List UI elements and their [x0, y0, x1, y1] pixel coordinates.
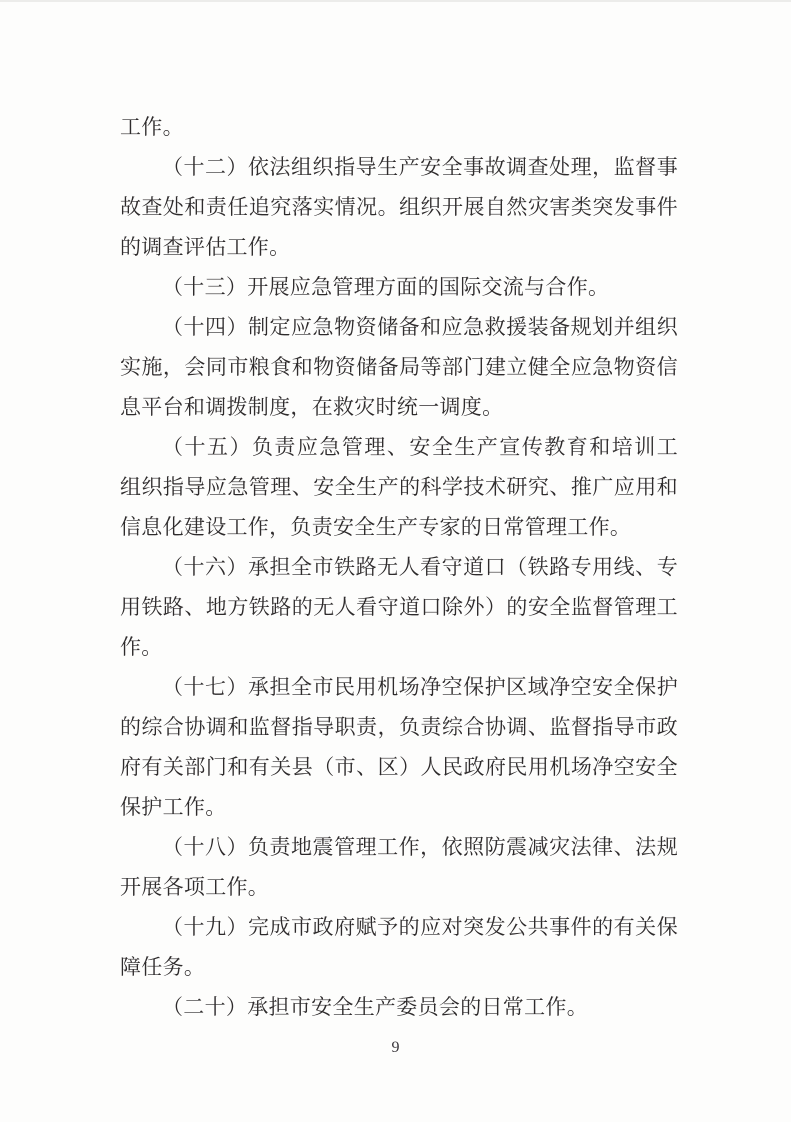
paragraph: 工作。: [120, 107, 678, 147]
text-line: （十九）完成市政府赋予的应对突发公共事件的有关保: [120, 907, 678, 947]
text-line: 组织指导应急管理、安全生产的科学技术研究、推广应用和: [120, 467, 678, 507]
text-line: 工作。: [120, 107, 678, 147]
paragraph: （十二）依法组织指导生产安全事故调查处理，监督事故查处和责任追究落实情况。组织开…: [120, 147, 678, 267]
scan-edge: [0, 0, 791, 2]
paragraph: （十四）制定应急物资储备和应急救援装备规划并组织实施，会同市粮食和物资储备局等部…: [120, 307, 678, 427]
paragraph: （十六）承担全市铁路无人看守道口（铁路专用线、专用铁路、地方铁路的无人看守道口除…: [120, 547, 678, 667]
text-line: 信息化建设工作，负责安全生产专家的日常管理工作。: [120, 507, 678, 547]
text-line: 作。: [120, 627, 678, 667]
text-line: （十七）承担全市民用机场净空保护区域净空安全保护: [120, 667, 678, 707]
text-line: （十六）承担全市铁路无人看守道口（铁路专用线、专: [120, 547, 678, 587]
paragraph: （十五）负责应急管理、安全生产宣传教育和培训工作，组织指导应急管理、安全生产的科…: [120, 427, 678, 547]
paragraph: （十三）开展应急管理方面的国际交流与合作。: [120, 267, 678, 307]
text-line: （十五）负责应急管理、安全生产宣传教育和培训工作，: [120, 427, 678, 467]
paragraph: （十八）负责地震管理工作，依照防震减灾法律、法规开展各项工作。: [120, 827, 678, 907]
text-line: （十三）开展应急管理方面的国际交流与合作。: [120, 267, 678, 307]
text-line: 障任务。: [120, 947, 678, 987]
text-line: 用铁路、地方铁路的无人看守道口除外）的安全监督管理工: [120, 587, 678, 627]
text-line: （十四）制定应急物资储备和应急救援装备规划并组织: [120, 307, 678, 347]
text-line: 的调查评估工作。: [120, 227, 678, 267]
text-line: （十二）依法组织指导生产安全事故调查处理，监督事: [120, 147, 678, 187]
text-line: 的综合协调和监督指导职责，负责综合协调、监督指导市政: [120, 707, 678, 747]
document-page: 工作。（十二）依法组织指导生产安全事故调查处理，监督事故查处和责任追究落实情况。…: [0, 0, 791, 1122]
text-line: 息平台和调拨制度，在救灾时统一调度。: [120, 387, 678, 427]
paragraph: （二十）承担市安全生产委员会的日常工作。: [120, 987, 678, 1027]
text-line: 故查处和责任追究落实情况。组织开展自然灾害类突发事件: [120, 187, 678, 227]
text-line: 保护工作。: [120, 787, 678, 827]
text-line: （二十）承担市安全生产委员会的日常工作。: [120, 987, 678, 1027]
page-number: 9: [0, 1038, 791, 1058]
paragraph: （十七）承担全市民用机场净空保护区域净空安全保护的综合协调和监督指导职责，负责综…: [120, 667, 678, 827]
text-line: 实施，会同市粮食和物资储备局等部门建立健全应急物资信: [120, 347, 678, 387]
document-body: 工作。（十二）依法组织指导生产安全事故调查处理，监督事故查处和责任追究落实情况。…: [120, 107, 678, 1027]
text-line: 府有关部门和有关县（市、区）人民政府民用机场净空安全: [120, 747, 678, 787]
text-line: （十八）负责地震管理工作，依照防震减灾法律、法规: [120, 827, 678, 867]
text-line: 开展各项工作。: [120, 867, 678, 907]
paragraph: （十九）完成市政府赋予的应对突发公共事件的有关保障任务。: [120, 907, 678, 987]
